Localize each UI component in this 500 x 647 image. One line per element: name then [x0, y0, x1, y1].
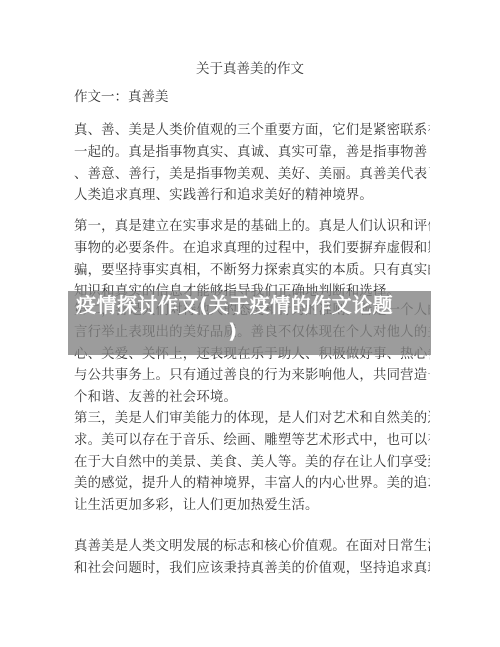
text-line: 个和谐、友善的社会环境。	[74, 387, 430, 409]
text-line: 在于大自然中的美景、美食、美人等。美的存在让人们享受到	[74, 452, 430, 474]
text-line: 与公共事务上。只有通过善良的行为来影响他人，共同营造一	[74, 365, 430, 387]
document-title: 关于真善美的作文	[0, 60, 500, 78]
document-page: 关于真善美的作文 作文一：真善美 真、善、美是人类价值观的三个重要方面，它们是紧…	[0, 0, 500, 647]
text-line: 真、善、美是人类价值观的三个重要方面，它们是紧密联系在	[74, 120, 430, 142]
text-line: 真善美是人类文明发展的标志和核心价值观。在面对日常生活	[74, 536, 430, 558]
overlay-title-line-1: 疫情探讨作文(关于疫情的作文论题	[76, 293, 393, 317]
paragraph-intro: 真、善、美是人类价值观的三个重要方面，它们是紧密联系在 一起的。真是指事物真实、…	[74, 120, 430, 207]
text-line: 第三，美是人们审美能力的体现，是人们对艺术和自然美的追	[74, 408, 430, 430]
text-line: 、善意、善行，美是指事物美观、美好、美丽。真善美代表了	[74, 164, 430, 186]
text-line: 事物的必要条件。在追求真理的过程中，我们要摒弃虚假和欺	[74, 238, 430, 260]
text-line: 求。美可以存在于音乐、绘画、雕塑等艺术形式中，也可以存	[74, 430, 430, 452]
paragraph-conclusion: 真善美是人类文明发展的标志和核心价值观。在面对日常生活 和社会问题时，我们应该秉…	[74, 536, 430, 580]
text-line: 第一，真是建立在实事求是的基础上的。真是人们认识和评价	[74, 216, 430, 238]
text-line: 美的感觉，提升人的精神境界，丰富人的内心世界。美的追求	[74, 473, 430, 495]
paragraph-beauty: 第三，美是人们审美能力的体现，是人们对艺术和自然美的追 求。美可以存在于音乐、绘…	[74, 408, 430, 517]
text-line: 让生活更加多彩，让人们更加热爱生活。	[74, 495, 430, 517]
text-line: 骗，要坚持事实真相，不断努力探索真实的本质。只有真实的	[74, 260, 430, 282]
text-line: 人类追求真理、实践善行和追求美好的精神境界。	[74, 185, 430, 207]
overlay-title: 疫情探讨作文(关于疫情的作文论题 )	[76, 292, 436, 344]
text-line: 和社会问题时，我们应该秉持真善美的价值观，坚持追求真理	[74, 558, 430, 580]
text-line: 一起的。真是指事物真实、真诚、真实可靠，善是指事物善良	[74, 142, 430, 164]
overlay-title-line-2: )	[76, 318, 436, 344]
essay-subtitle: 作文一：真善美	[74, 88, 169, 106]
